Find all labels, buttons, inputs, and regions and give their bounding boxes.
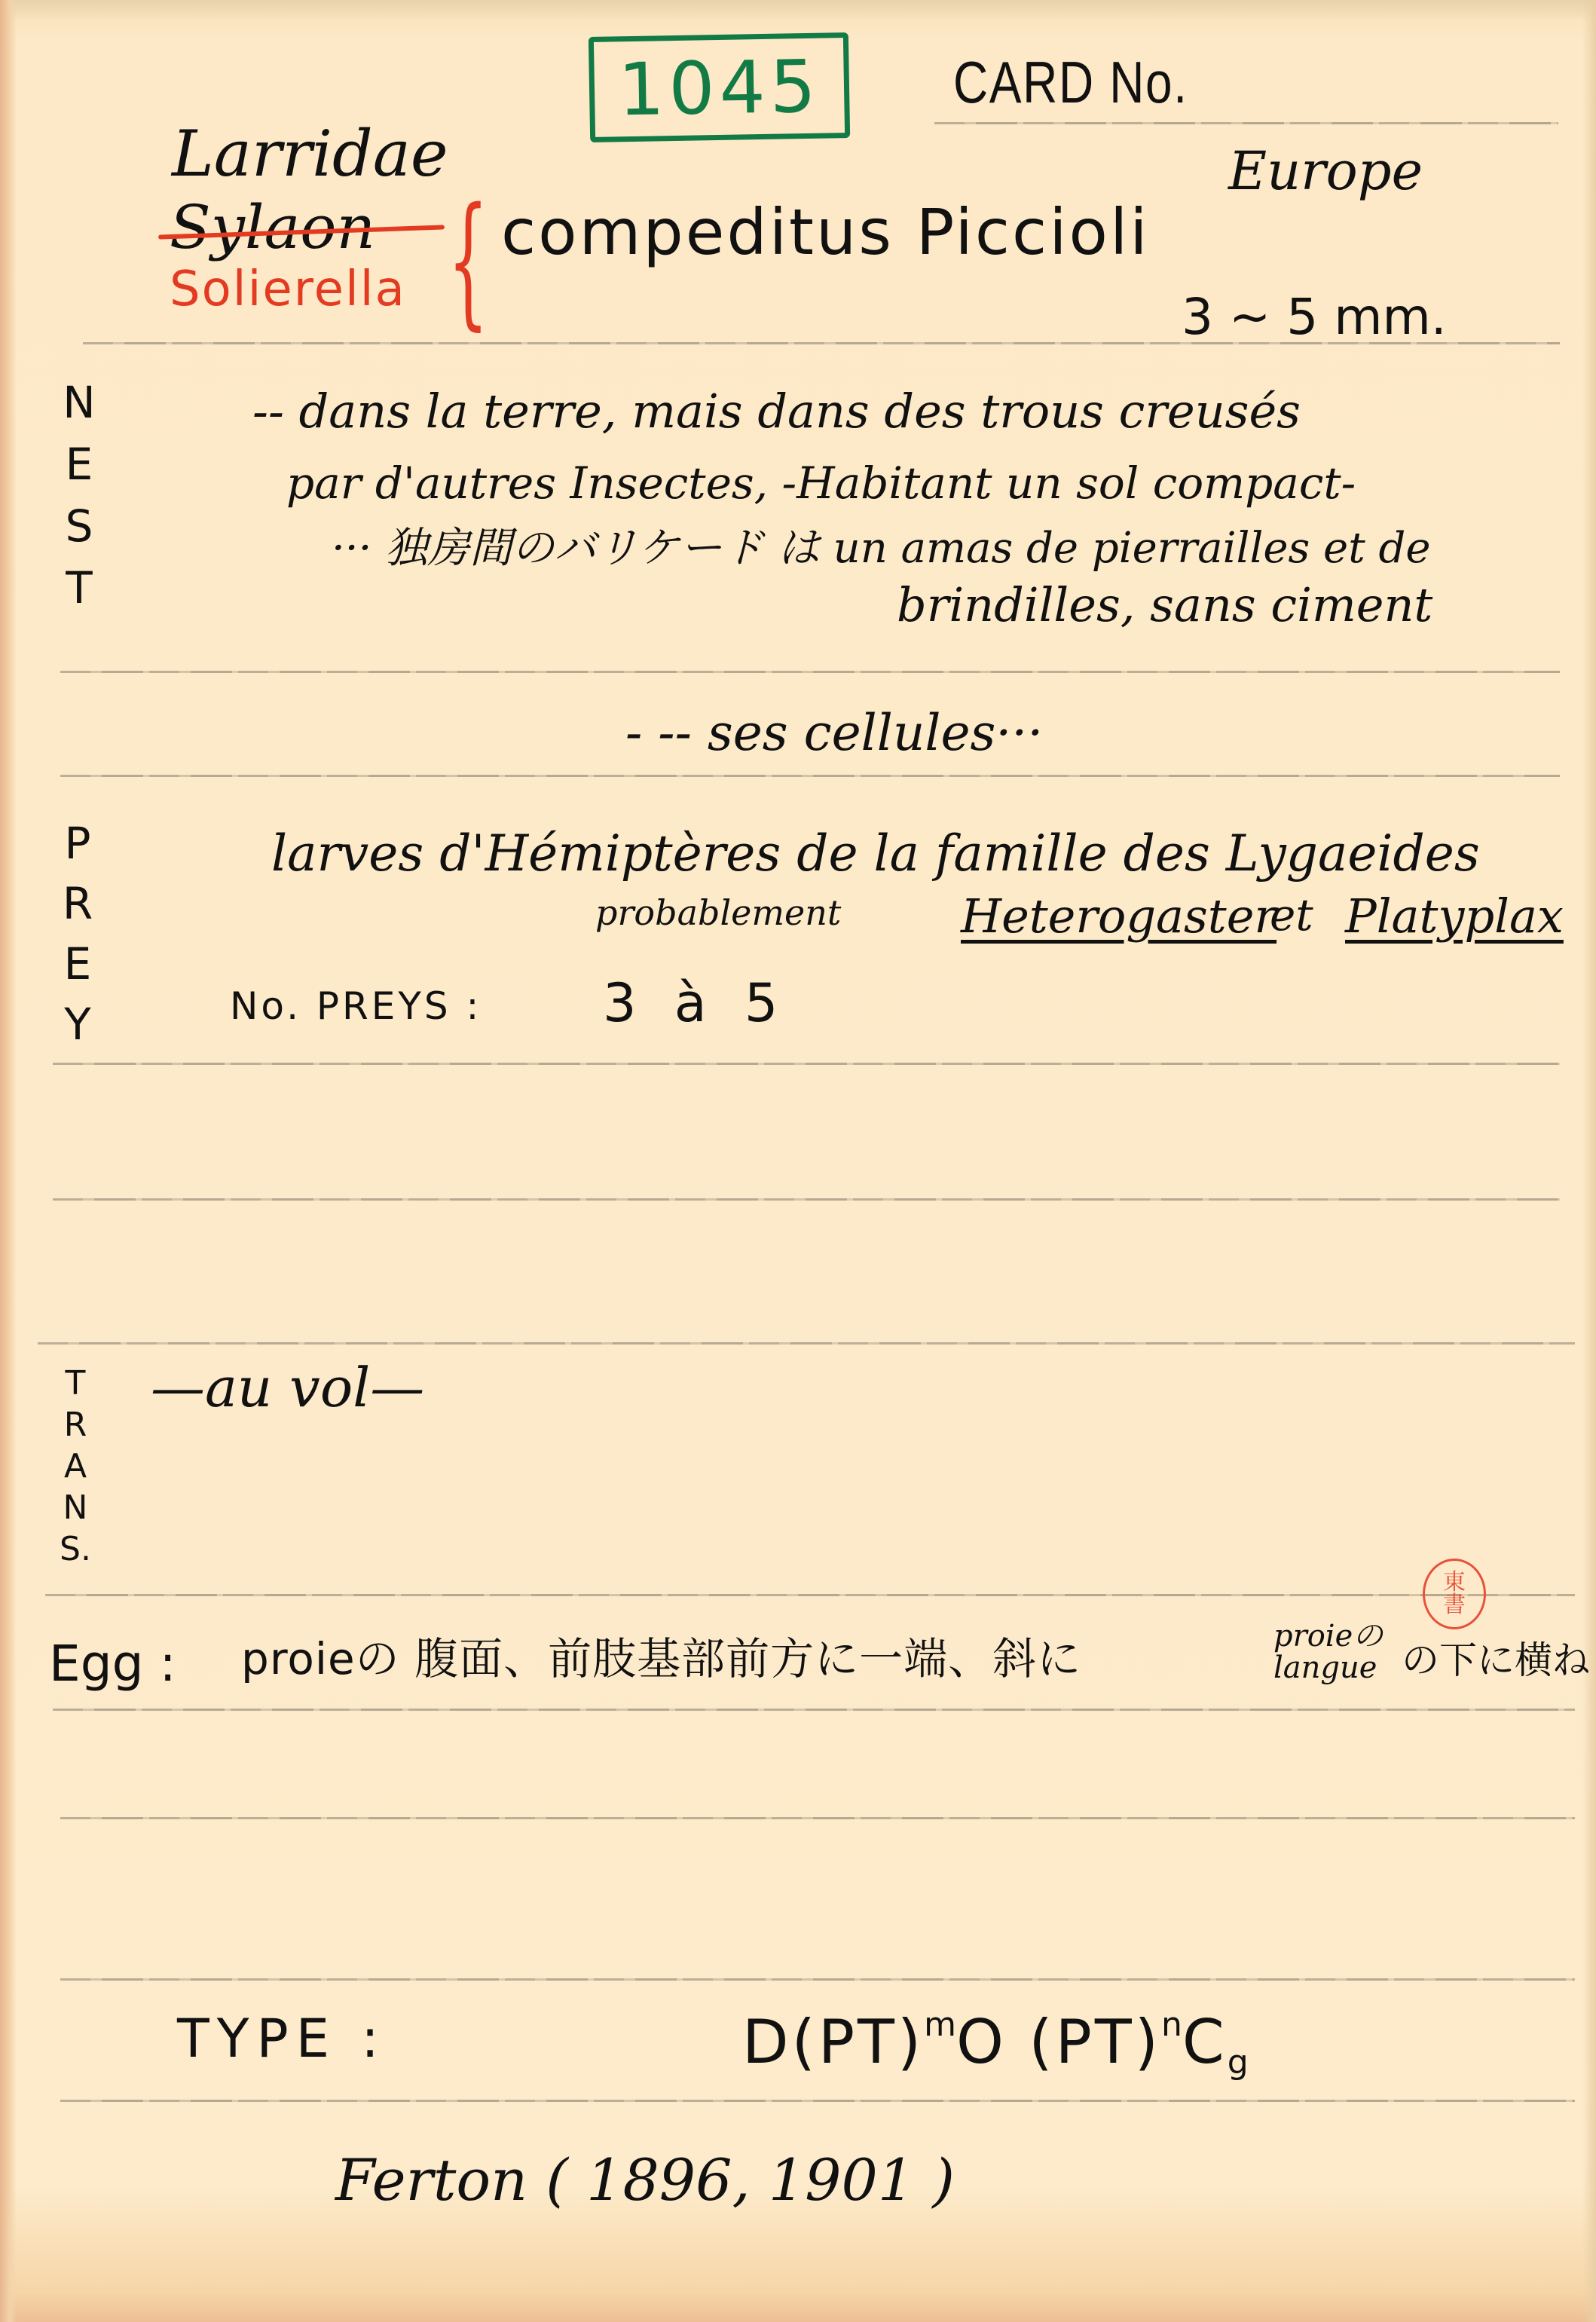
species-name: compeditus Piccioli [501,200,1150,264]
prey-letter: Y [64,999,90,1050]
rule-4 [53,1063,1560,1065]
cells-note: - -- ses cellules··· [625,708,1043,758]
nest-letter: T [66,562,92,613]
rule-2 [60,671,1560,673]
paper-edge-right [1582,0,1596,2322]
type-formula: D(PT)mO (PT)nCg [742,2008,1249,2079]
prey-conjunction: et [1270,893,1313,937]
paper-edge-top [0,0,1596,21]
body-size: 3 ~ 5 mm. [1182,292,1447,342]
rule-5 [53,1198,1560,1201]
prey-side-label: P R E Y [51,818,104,1050]
formula-sup-n: n [1161,2005,1182,2044]
trans-letter: T [66,1364,86,1403]
prey-description: larves d'Hémiptères de la famille des Ly… [271,829,1480,879]
nest-text-line-3: ··· 独房間のバリケード は un amas de pierrailles e… [332,528,1431,570]
nest-letter: N [63,377,95,428]
nest-text-line-4: brindilles, sans ciment [897,582,1432,629]
region: Europe [1228,145,1423,197]
nest-letter: S [66,500,93,552]
nest-side-label: N E S T [53,377,105,613]
egg-stacked-note: proieの langue [1273,1620,1383,1684]
prey-count-value: 3 à 5 [603,977,788,1029]
prey-count-label: No. PREYS : [230,987,482,1025]
rule-8 [53,1709,1575,1711]
nest-text-line-1: -- dans la terre, mais dans des trous cr… [252,388,1301,435]
prey-genus-b: Platyplax [1345,893,1564,940]
nest-letter: E [66,439,93,490]
trans-letter: A [64,1447,87,1485]
trans-letter: S. [60,1530,91,1568]
rule-6 [38,1342,1575,1345]
type-label: TYPE : [177,2012,387,2065]
rule-3 [60,775,1560,777]
seal-char-top: 東 [1443,1571,1466,1594]
trans-letter: N [63,1488,88,1527]
egg-text-tail: の下に横ねる [1402,1641,1596,1679]
rule-11 [60,2100,1575,2102]
red-seal-stamp: 東 書 [1423,1559,1486,1629]
egg-stack-bottom: langue [1273,1652,1383,1684]
literature-reference: Ferton ( 1896, 1901 ) [335,2152,955,2209]
prey-letter: R [63,878,93,929]
egg-stack-top: proieの [1273,1620,1383,1652]
prey-genus-a: Heterogaster [961,893,1276,940]
index-card: 1045 CARD No. Larridae Europe Sylaon Sol… [0,0,1596,2322]
card-number: 1045 [589,32,850,142]
transport-method: —au vol— [151,1360,424,1415]
correction-bracket: { [448,196,488,325]
egg-position-text: proieの 腹面、前肢基部前方に一端、斜に [241,1637,1081,1681]
rule-7 [45,1594,1575,1596]
prey-probably: probablement [595,895,841,930]
egg-label: Egg : [49,1639,176,1689]
trans-side-label: T R A N S. [49,1364,102,1568]
paper-edge-left [0,0,17,2322]
card-no-label: CARD No. [953,53,1188,112]
formula-part-a: D(PT) [742,2007,924,2077]
formula-sub-g: g [1228,2043,1249,2082]
nest-text-line-2: par d'autres Insectes, -Habitant un sol … [286,461,1356,505]
prey-letter: E [64,938,92,990]
genus-corrected: Solierella [170,265,406,314]
rule-9 [60,1817,1575,1819]
prey-letter: P [65,818,91,869]
rule-card-no [934,122,1558,124]
formula-part-b: O (PT) [956,2007,1161,2077]
trans-letter: R [64,1406,87,1444]
seal-char-bottom: 書 [1443,1594,1466,1617]
rule-10 [60,1978,1575,1981]
family-name: Larridae [172,122,448,185]
formula-part-c: C [1182,2007,1228,2077]
formula-sup-m: m [924,2005,956,2044]
